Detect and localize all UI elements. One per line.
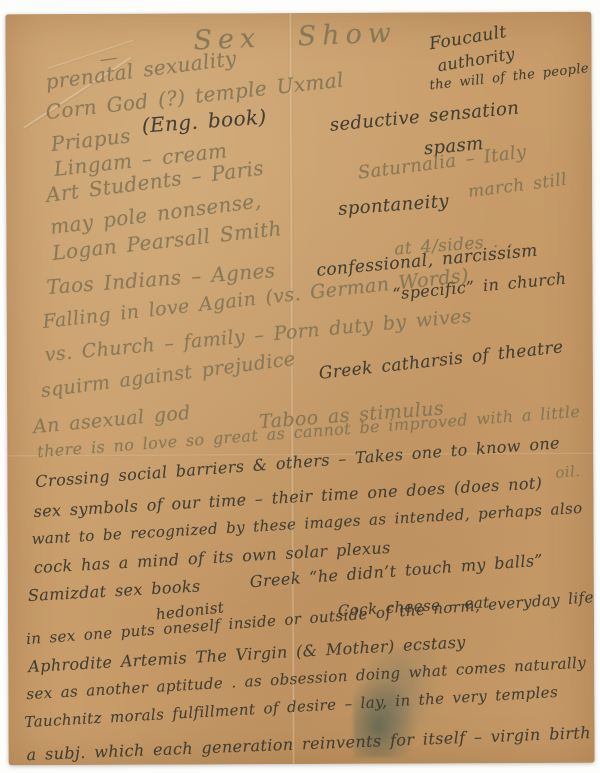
note-seductive: seductive sensation <box>329 98 520 136</box>
note-spontaneity: spontaneity <box>337 191 449 220</box>
scan-backdrop: Sex Show―Foucaultauthoritythe will of th… <box>0 0 600 773</box>
note-march-still: march still <box>467 170 568 202</box>
note-virgin-birth: a subj. which each generation reinvents … <box>26 723 591 764</box>
note-catharsis: Greek catharsis of theatre <box>318 337 565 384</box>
note-oil: oil. <box>555 462 581 482</box>
note-samizdat: Samizdat sex books <box>27 576 201 605</box>
paper-sheet: Sex Show―Foucaultauthoritythe will of th… <box>5 12 594 766</box>
handwriting-layer: Sex Show―Foucaultauthoritythe will of th… <box>5 12 591 15</box>
